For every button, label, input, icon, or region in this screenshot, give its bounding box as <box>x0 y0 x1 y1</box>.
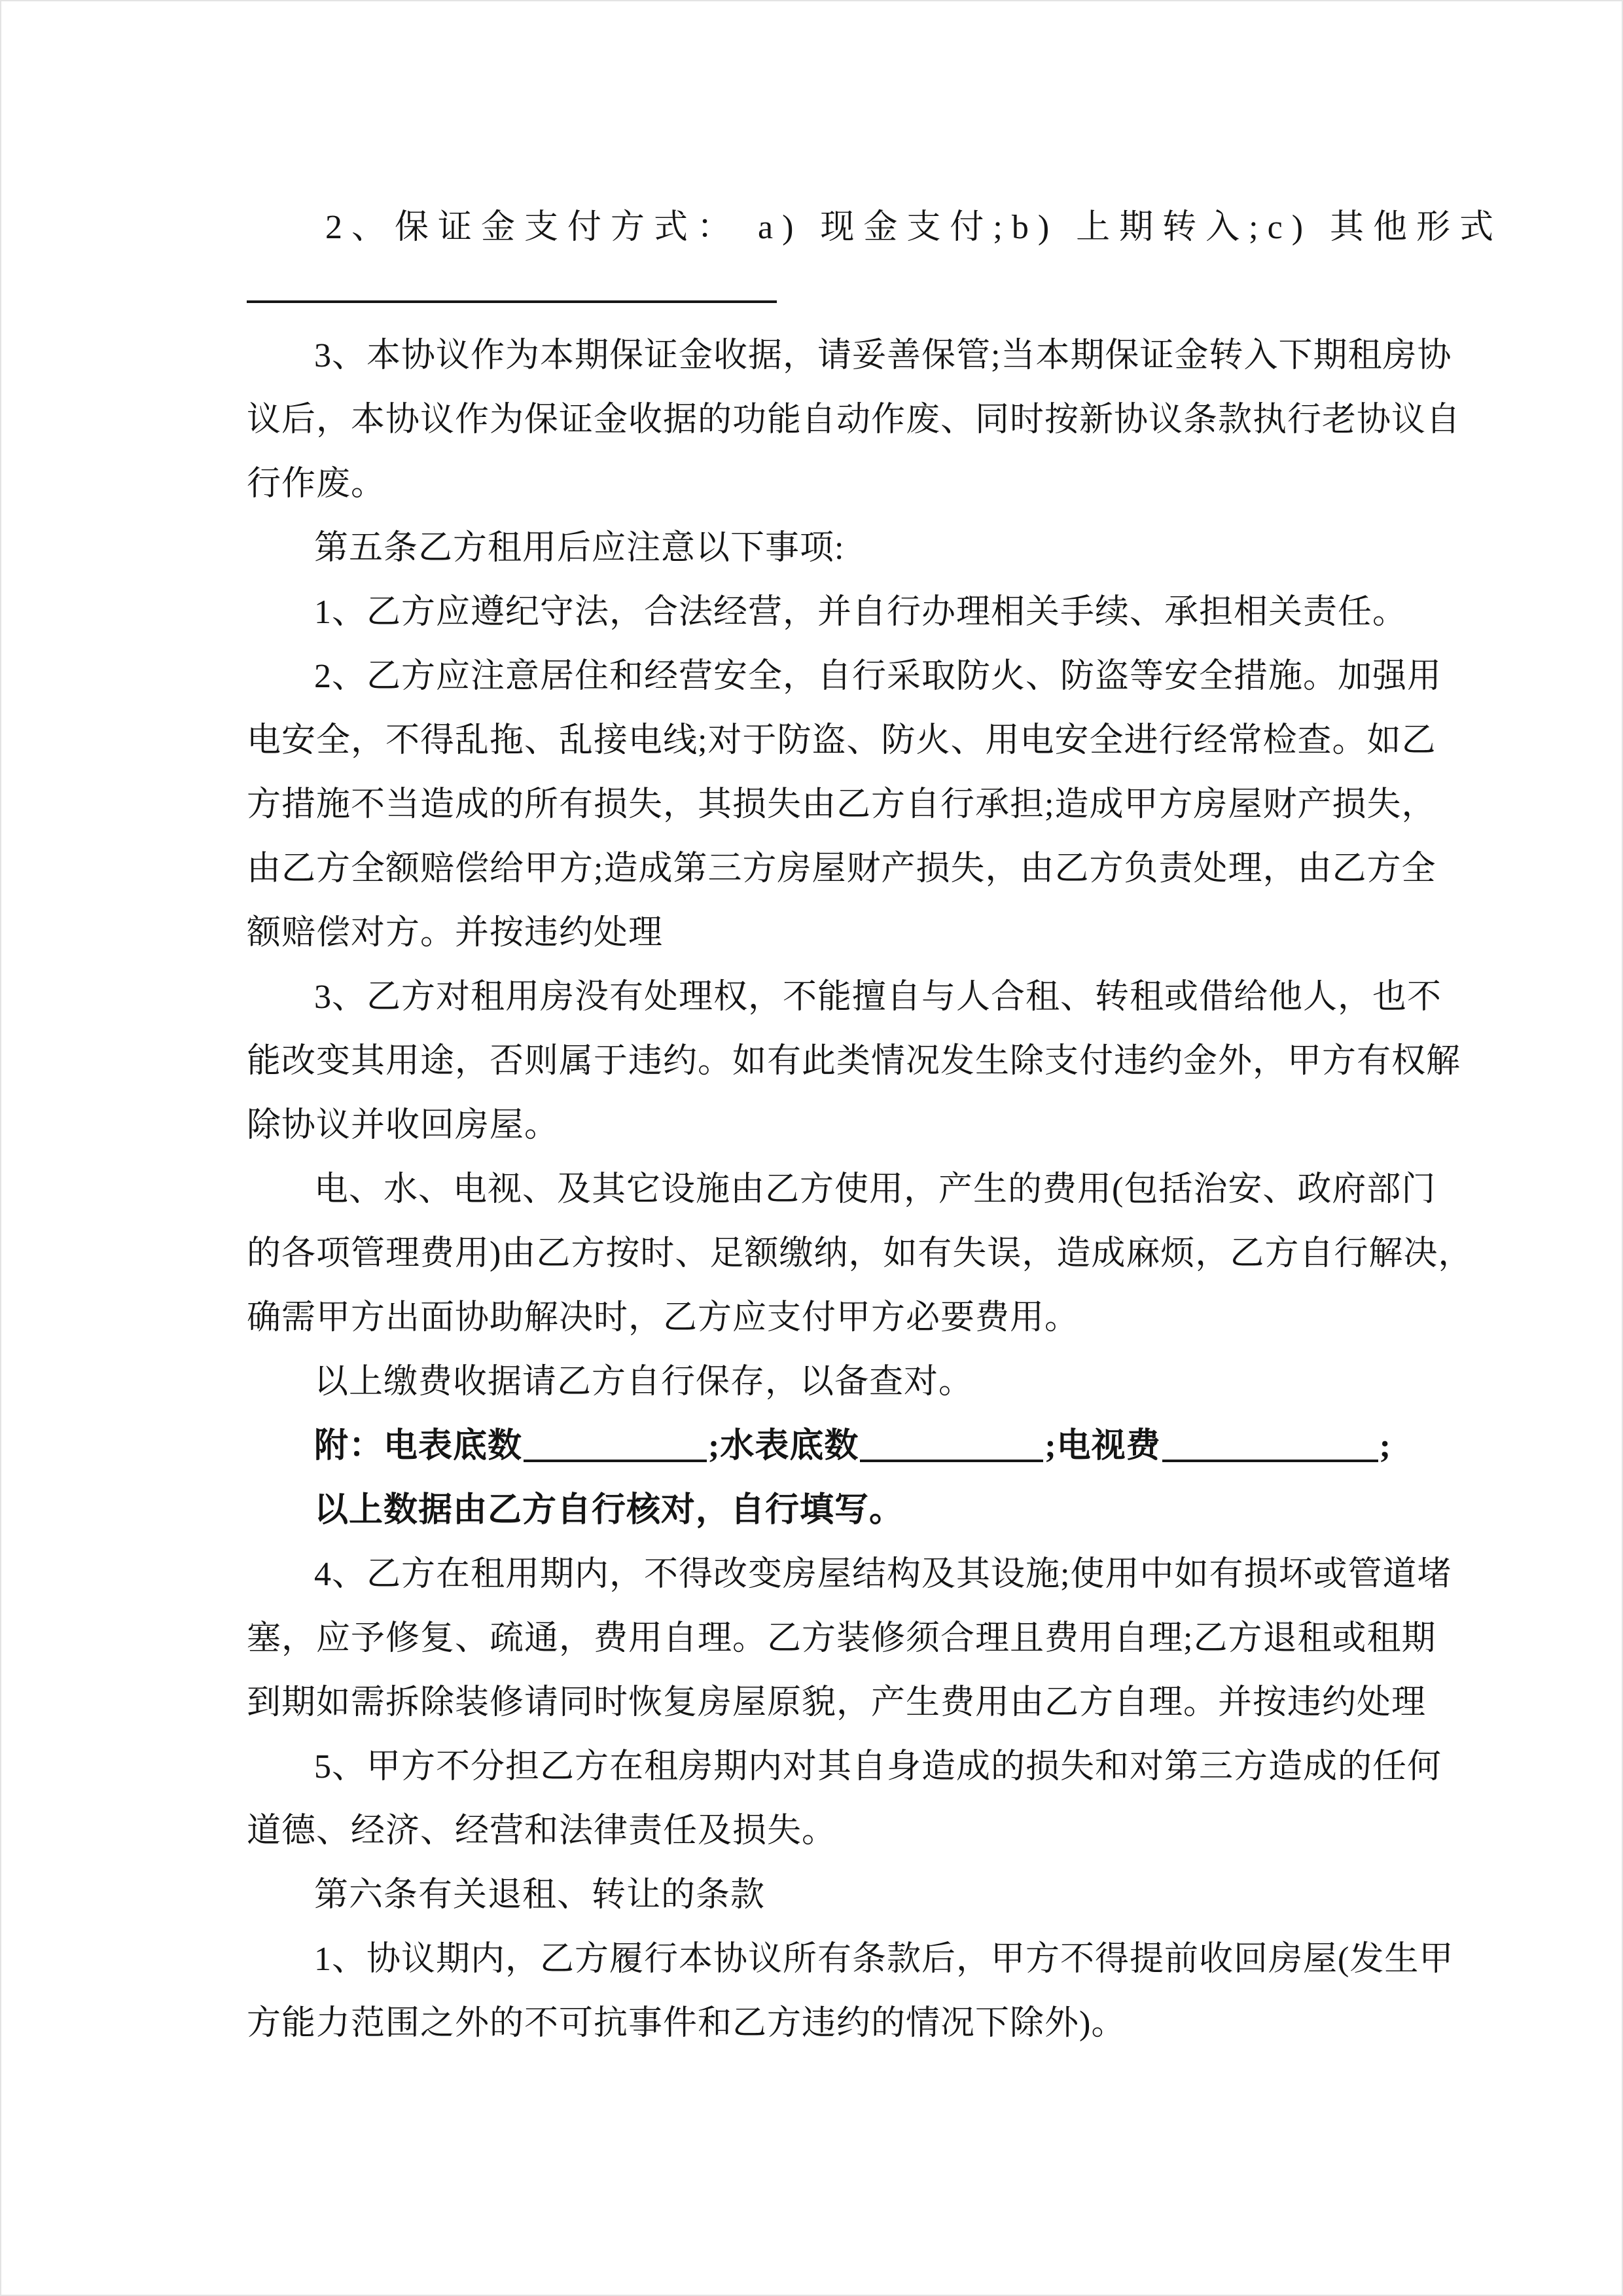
fill-label: ;电视费 <box>1044 1427 1160 1465</box>
blank-fill-rule-line <box>247 260 1399 324</box>
text-line: 确需甲方出面协助解决时，乙方应支付甲方必要费用。 <box>247 1286 1399 1350</box>
text-line: 电、水、电视、及其它设施由乙方使用，产生的费用(包括治安、政府部门 <box>247 1158 1399 1222</box>
fill-blank-underline <box>524 1458 707 1462</box>
text-line: 到期如需拆除装修请同时恢复房屋原貌，产生费用由乙方自理。并按违约处理 <box>247 1671 1399 1735</box>
fill-blank-underline <box>1162 1458 1378 1462</box>
fill-blank-underline <box>860 1458 1043 1462</box>
document-page: 2、保证金支付方式： a) 现金支付;b) 上期转入;c) 其他形式3、本协议作… <box>0 0 1623 2296</box>
text-line: 的各项管理费用)由乙方按时、足额缴纳，如有失误，造成麻烦，乙方自行解决， <box>247 1222 1399 1286</box>
text-line: 方能力范围之外的不可抗事件和乙方违约的情况下除外)。 <box>247 1992 1399 2056</box>
text-line: 1、协议期内，乙方履行本协议所有条款后，甲方不得提前收回房屋(发生甲 <box>247 1928 1399 1992</box>
fill-label: ;水表底数 <box>708 1427 859 1465</box>
text-line: 第六条有关退租、转让的条款 <box>247 1863 1399 1928</box>
text-line: 由乙方全额赔偿给甲方;造成第三方房屋财产损失，由乙方负责处理，由乙方全 <box>247 837 1399 901</box>
text-line: 5、甲方不分担乙方在租房期内对其自身造成的损失和对第三方造成的任何 <box>247 1735 1399 1799</box>
text-line: 议后，本协议作为保证金收据的功能自动作废、同时按新协议条款执行老协议自 <box>247 388 1399 452</box>
text-line: 4、乙方在租用期内，不得改变房屋结构及其设施;使用中如有损坏或管道堵 <box>247 1543 1399 1607</box>
text-line: 塞，应予修复、疏通，费用自理。乙方装修须合理且费用自理;乙方退租或租期 <box>247 1607 1399 1671</box>
text-line: 能改变其用途，否则属于违约。如有此类情况发生除支付违约金外，甲方有权解 <box>247 1030 1399 1094</box>
text-line: 道德、经济、经营和法律责任及损失。 <box>247 1799 1399 1863</box>
text-line: 行作废。 <box>247 452 1399 516</box>
fill-label: ; <box>1380 1427 1391 1465</box>
text-line: 除协议并收回房屋。 <box>247 1094 1399 1158</box>
text-line: 以上缴费收据请乙方自行保存，以备查对。 <box>247 1350 1399 1414</box>
text-line: 方措施不当造成的所有损失，其损失由乙方自行承担;造成甲方房屋财产损失， <box>247 773 1399 837</box>
fill-label: 附：电表底数 <box>314 1427 522 1465</box>
blank-fill-rule <box>247 300 777 303</box>
text-line: 1、乙方应遵纪守法，合法经营，并自行办理相关手续、承担相关责任。 <box>247 581 1399 645</box>
text-line: 2、保证金支付方式： a) 现金支付;b) 上期转入;c) 其他形式 <box>247 196 1399 260</box>
text-line: 第五条乙方租用后应注意以下事项: <box>247 516 1399 581</box>
text-line: 额赔偿对方。并按违约处理 <box>247 901 1399 965</box>
text-line: 电安全，不得乱拖、乱接电线;对于防盗、防火、用电安全进行经常检查。如乙 <box>247 709 1399 773</box>
text-line: 以上数据由乙方自行核对，自行填写。 <box>247 1479 1399 1543</box>
document-text-block: 2、保证金支付方式： a) 现金支付;b) 上期转入;c) 其他形式3、本协议作… <box>247 196 1399 2056</box>
text-line: 3、本协议作为本期保证金收据，请妥善保管;当本期保证金转入下期租房协 <box>247 324 1399 388</box>
fill-in-line: 附：电表底数;水表底数;电视费; <box>247 1414 1399 1479</box>
text-line: 3、乙方对租用房没有处理权，不能擅自与人合租、转租或借给他人，也不 <box>247 965 1399 1030</box>
text-line: 2、乙方应注意居住和经营安全，自行采取防火、防盗等安全措施。加强用 <box>247 645 1399 709</box>
